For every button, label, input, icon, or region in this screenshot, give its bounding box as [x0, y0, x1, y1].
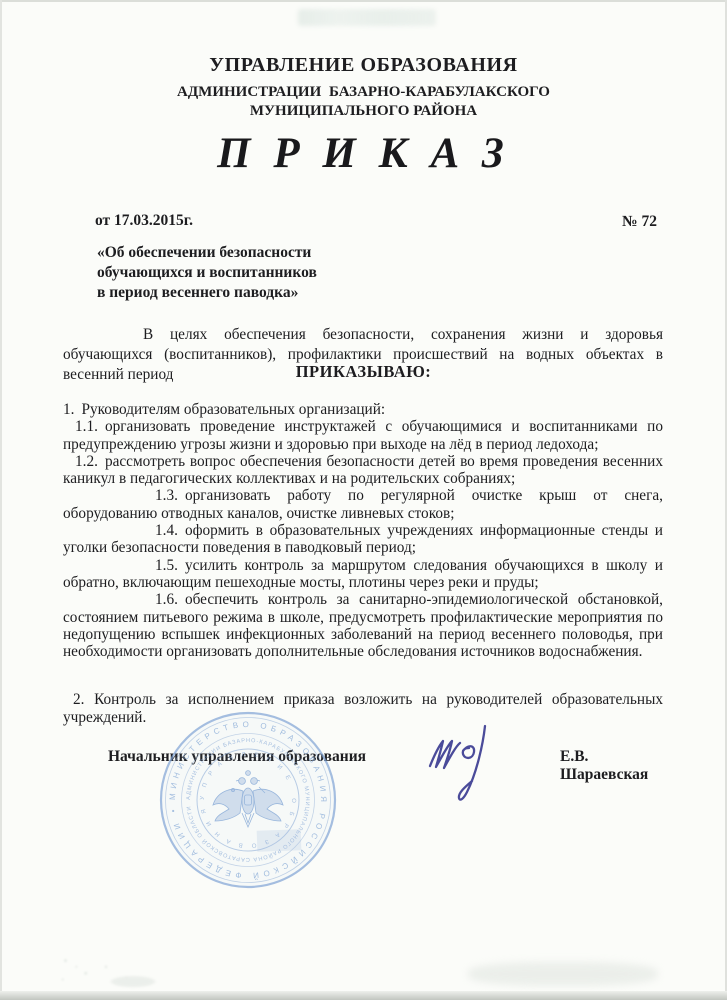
order-heading: ПРИКАЗЫВАЮ:	[0, 362, 727, 382]
signatory-title: Начальник управления образования	[108, 748, 366, 765]
signoff-row: Начальник управления образования Е.В. Ша…	[63, 748, 664, 766]
document-number: № 72	[622, 213, 664, 231]
order-item-number: 1.6.	[155, 591, 185, 608]
signatory-name: Е.В. Шараевская	[560, 748, 664, 784]
order-item-number: 1.2.	[75, 453, 105, 470]
subject-line-2: обучающихся и воспитанников	[97, 263, 317, 283]
scan-noise-bottom-right	[468, 962, 658, 986]
order-item: 1.6.обеспечить контроль за санитарно-эпи…	[63, 591, 663, 660]
order-item: 1.4.оформить в образовательных учреждени…	[63, 522, 663, 557]
order-item-number: 1.4.	[155, 522, 185, 539]
document-page: УПРАВЛЕНИЕ ОБРАЗОВАНИЯ АДМИНИСТРАЦИИ БАЗ…	[0, 0, 727, 1000]
order-item-number: 1.3.	[155, 487, 185, 504]
order-item-text: оформить в образовательных учреждениях и…	[63, 522, 663, 556]
order-item-number: 1.1.	[75, 418, 105, 435]
svg-text:УПРАВЛЕНИЕ ОБРАЗОВАНИЯ: УПРАВЛЕНИЕ ОБРАЗОВАНИЯ	[200, 752, 296, 848]
subject-block: «Об обеспечении безопасности обучающихся…	[97, 243, 317, 303]
order-items-list: 1.Руководителям образовательных организа…	[63, 401, 663, 660]
order-item-text: организовать проведение инструктажей с о…	[63, 418, 663, 452]
subject-line-3: в период весеннего паводка»	[97, 283, 317, 303]
meta-row: от 17.03.2015г. № 72	[63, 212, 664, 230]
stamp-inner-ring-text: УПРАВЛЕНИЕ ОБРАЗОВАНИЯ	[200, 752, 296, 848]
order-item-number: 1.	[63, 401, 81, 418]
document-type-title: П Р И К А З	[0, 129, 727, 178]
stamp-outer-ring-text: МИНИСТЕРСТВО ОБРАЗОВАНИЯ РОССИЙСКОЙ ФЕДЕ…	[168, 720, 328, 880]
scan-noise-bottom-left	[52, 948, 187, 990]
double-headed-eagle-emblem	[213, 771, 283, 827]
order-item-text: усилить контроль за маршрутом следования…	[63, 557, 663, 591]
order-item-text: рассмотреть вопрос обеспечения безопасно…	[63, 453, 663, 487]
order-item-text: обеспечить контроль за санитарно-эпидеми…	[63, 591, 663, 660]
order-item: 1.Руководителям образовательных организа…	[63, 401, 663, 418]
stamp-light-patch	[257, 829, 302, 852]
order-item: 1.5.усилить контроль за маршрутом следов…	[63, 557, 663, 592]
order-item-text: Руководителям образовательных организаци…	[81, 401, 385, 418]
official-stamp: МИНИСТЕРСТВО ОБРАЗОВАНИЯ РОССИЙСКОЙ ФЕДЕ…	[158, 710, 338, 890]
order-item: 1.2.рассмотреть вопрос обеспечения безоп…	[63, 453, 663, 488]
svg-text:МИНИСТЕРСТВО ОБРАЗОВАНИЯ РОССИ: МИНИСТЕРСТВО ОБРАЗОВАНИЯ РОССИЙСКОЙ ФЕДЕ…	[168, 720, 328, 880]
order-item-text: организовать работу по регулярной очистк…	[63, 487, 663, 521]
department-name-line1: УПРАВЛЕНИЕ ОБРАЗОВАНИЯ	[0, 54, 727, 77]
scanner-smudge	[298, 9, 436, 26]
scan-edge-top	[0, 0, 727, 2]
control-paragraph: 2. Контроль за исполнением приказа возло…	[63, 691, 663, 726]
subject-line-1: «Об обеспечении безопасности	[97, 243, 317, 263]
department-name-line3: МУНИЦИПАЛЬНОГО РАЙОНА	[0, 103, 727, 120]
issue-date: от 17.03.2015г.	[95, 212, 193, 229]
order-item: 1.1.организовать проведение инструктажей…	[63, 418, 663, 453]
order-item-number: 1.5.	[155, 557, 185, 574]
order-item: 1.3.организовать работу по регулярной оч…	[63, 487, 663, 522]
scan-edge-bottom	[0, 991, 727, 1000]
department-name-line2: АДМИНИСТРАЦИИ БАЗАРНО-КАРАБУЛАКСКОГО	[0, 84, 727, 101]
